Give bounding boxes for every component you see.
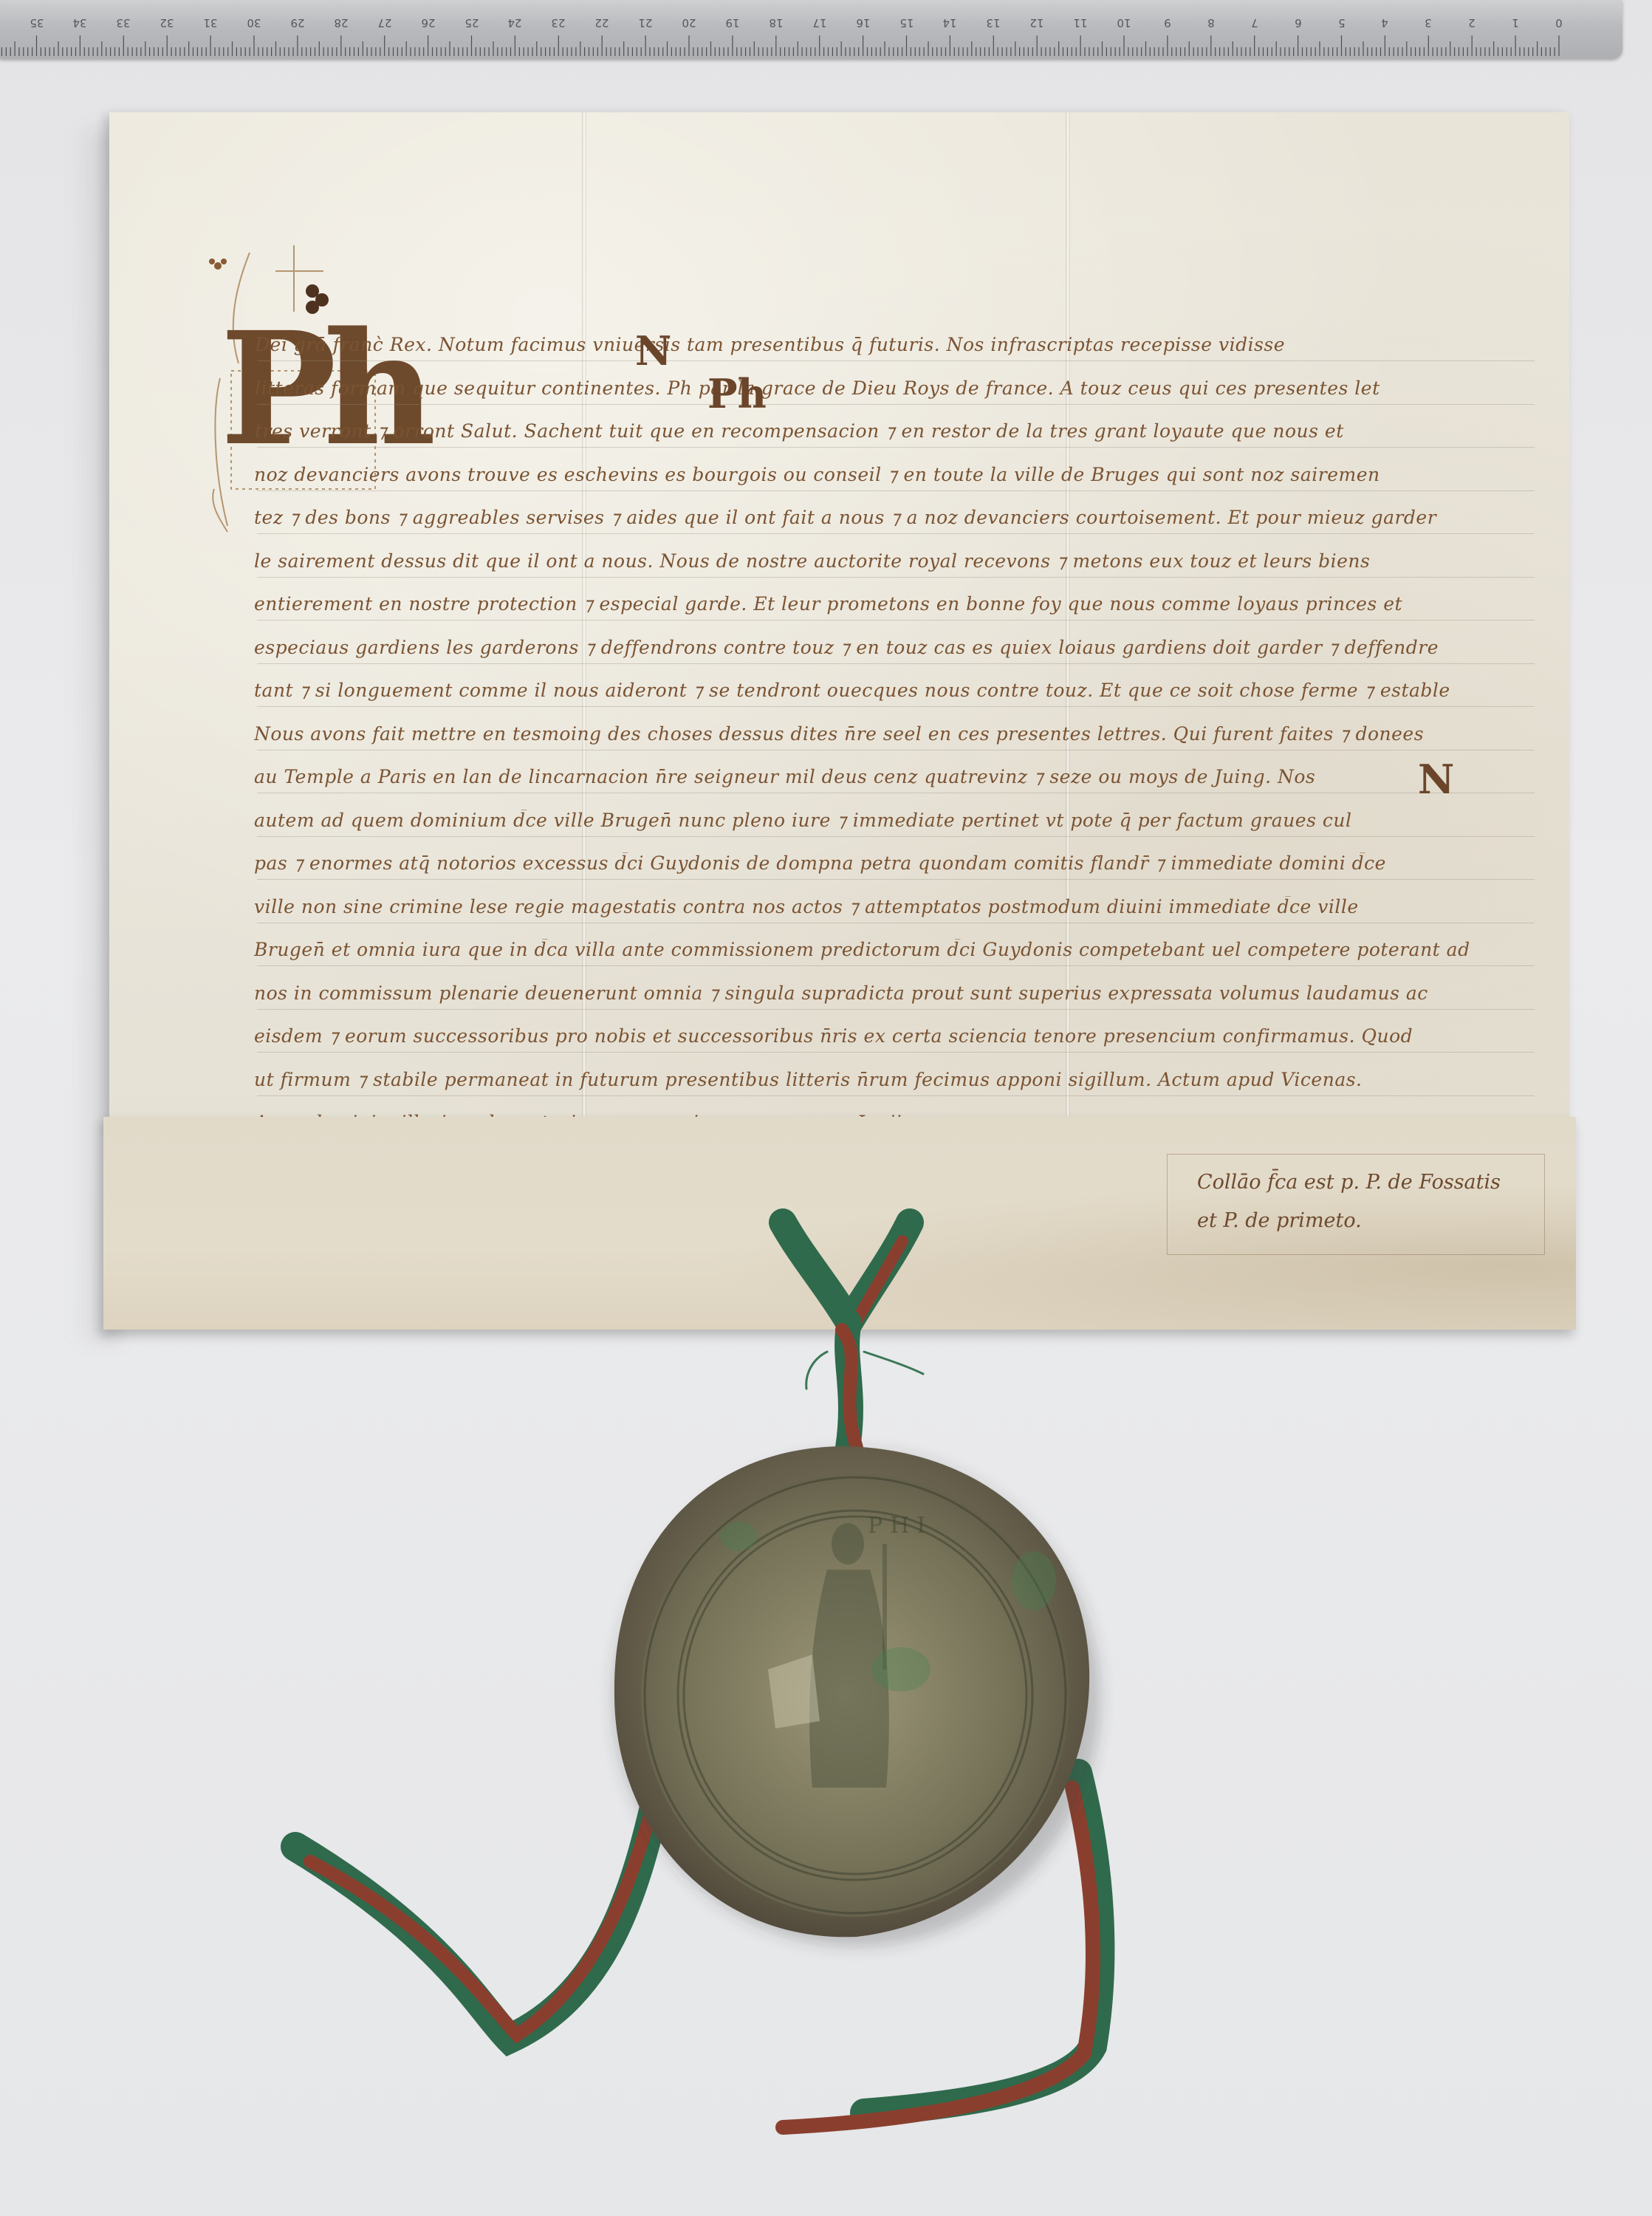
charter-text-line: Nous avons fait mettre en tesmoing des c… bbox=[254, 723, 1543, 745]
ruler-label: 29 bbox=[287, 16, 309, 30]
charter-text-line: ville non sine crimine lese regie magest… bbox=[254, 896, 1543, 917]
ruler-label: 22 bbox=[591, 16, 613, 30]
ruler-label: 30 bbox=[243, 16, 265, 30]
ruled-line bbox=[257, 577, 1535, 578]
plica-fold: Collāo f̄ca est p. P. de Fossatis et P. … bbox=[103, 1117, 1576, 1330]
charter-text-line: pas ⁊ enormes atq̄ notorios excessus d̄c… bbox=[254, 852, 1543, 874]
charter-text-line: tant ⁊ si longuement comme il nous aider… bbox=[254, 680, 1543, 701]
charter-text-line: litteras formam que sequitur continentes… bbox=[255, 377, 1543, 399]
ruled-line bbox=[257, 836, 1535, 837]
ruler-label: 21 bbox=[634, 16, 657, 30]
ruler-label: 5 bbox=[1331, 16, 1353, 30]
wax-seal: PHI bbox=[613, 1446, 1100, 1946]
ruler-label: 14 bbox=[939, 16, 961, 30]
ruled-line bbox=[257, 533, 1535, 534]
ruler-label: 0 bbox=[1548, 16, 1570, 30]
ruler-label: 1 bbox=[1504, 16, 1526, 30]
ruler-label: 26 bbox=[417, 16, 439, 30]
ruled-line bbox=[257, 1009, 1535, 1010]
ruler-label: 23 bbox=[547, 16, 569, 30]
ruler-label: 27 bbox=[374, 16, 396, 30]
ruled-line bbox=[257, 620, 1535, 620]
ruled-line bbox=[257, 706, 1535, 707]
ruled-line bbox=[257, 750, 1535, 750]
ruler-label: 28 bbox=[330, 16, 352, 30]
chancery-note-line-2: et P. de primeto. bbox=[1197, 1209, 1362, 1232]
ruler-label: 18 bbox=[765, 16, 787, 30]
ruler-label: 4 bbox=[1374, 16, 1396, 30]
ruler-label: 2 bbox=[1461, 16, 1483, 30]
ruler-label: 10 bbox=[1113, 16, 1135, 30]
ruled-line bbox=[257, 879, 1535, 880]
ruled-line bbox=[257, 965, 1535, 966]
fold-crease bbox=[582, 112, 586, 1129]
ruled-line bbox=[257, 447, 1535, 448]
charter-text-line: eisdem ⁊ eorum successoribus pro nobis e… bbox=[254, 1025, 1543, 1047]
inline-initial-n: N bbox=[635, 331, 671, 371]
charter-text-line: autem ad quem dominium d̄ce ville Brugen… bbox=[254, 810, 1543, 831]
ruler-label: 20 bbox=[678, 16, 700, 30]
ruled-line bbox=[257, 923, 1535, 923]
charter-text-line: tres verront ⁊ orront Salut. Sachent tui… bbox=[255, 420, 1543, 442]
charter-text-line: au Temple a Paris en lan de lincarnacion… bbox=[254, 766, 1543, 787]
ruled-line bbox=[257, 1095, 1535, 1096]
charter-text-line: especiaus gardiens les garderons ⁊ deffe… bbox=[254, 637, 1543, 658]
ruler-label: 3 bbox=[1417, 16, 1439, 30]
ruled-line bbox=[257, 490, 1535, 491]
charter-text-line: nos in commissum plenarie deuenerunt omn… bbox=[254, 982, 1543, 1004]
ruler-label: 12 bbox=[1026, 16, 1048, 30]
ruler-label: 8 bbox=[1200, 16, 1222, 30]
ruled-line bbox=[257, 663, 1535, 664]
seal-figure bbox=[768, 1523, 889, 1788]
chancery-note-line-1: Collāo f̄ca est p. P. de Fossatis bbox=[1197, 1171, 1501, 1194]
ruler-label: 24 bbox=[504, 16, 526, 30]
charter-text-line: Dei grā franc̀ Rex. Notum facimus vniuer… bbox=[255, 334, 1543, 355]
seal-cord-tails bbox=[295, 1773, 1100, 2127]
ruler-label: 25 bbox=[461, 16, 483, 30]
ruler-label: 15 bbox=[896, 16, 918, 30]
ruled-line bbox=[257, 360, 1535, 361]
ruler-ticks bbox=[0, 0, 1622, 59]
measurement-ruler: 3534333231302928272625242322212019181716… bbox=[0, 0, 1622, 59]
ruled-line bbox=[257, 404, 1535, 405]
charter-text-line: tez ⁊ des bons ⁊ aggreables servises ⁊ a… bbox=[254, 507, 1543, 528]
ruler-label: 33 bbox=[112, 16, 134, 30]
ruler-label: 17 bbox=[809, 16, 831, 30]
charter-text-line: entierement en nostre protection ⁊ espec… bbox=[254, 593, 1543, 615]
ruler-label: 7 bbox=[1244, 16, 1266, 30]
ruler-label: 35 bbox=[26, 16, 48, 30]
charter-text-line: le sairement dessus dit que il ont a nou… bbox=[254, 550, 1543, 572]
charter-parchment: Ph Dei grā franc̀ Rex. Notum facimus vni… bbox=[109, 112, 1569, 1129]
ruler-label: 9 bbox=[1156, 16, 1179, 30]
fold-crease bbox=[1066, 112, 1070, 1129]
chancery-note: Collāo f̄ca est p. P. de Fossatis et P. … bbox=[1167, 1154, 1545, 1255]
charter-text-line: ut firmum ⁊ stabile permaneat in futurum… bbox=[254, 1069, 1543, 1090]
seal-legend: PHI bbox=[868, 1513, 933, 1539]
charter-text-line: noz devanciers avons trouve es eschevins… bbox=[254, 464, 1543, 485]
ruler-label: 11 bbox=[1069, 16, 1091, 30]
inline-initial-nos: N bbox=[1418, 759, 1454, 799]
ruler-label: 19 bbox=[722, 16, 744, 30]
ruled-line bbox=[257, 1052, 1535, 1053]
charter-text-line: Brugen̄ et omnia iura que in d̄ca villa … bbox=[254, 939, 1543, 960]
inline-initial-ph: Ph bbox=[707, 374, 767, 414]
ruler-label: 13 bbox=[982, 16, 1004, 30]
ruler-label: 16 bbox=[852, 16, 874, 30]
ruled-line bbox=[257, 793, 1535, 793]
ruler-label: 6 bbox=[1287, 16, 1309, 30]
ruler-label: 31 bbox=[199, 16, 222, 30]
ruler-label: 34 bbox=[69, 16, 91, 30]
ruler-label: 32 bbox=[156, 16, 178, 30]
